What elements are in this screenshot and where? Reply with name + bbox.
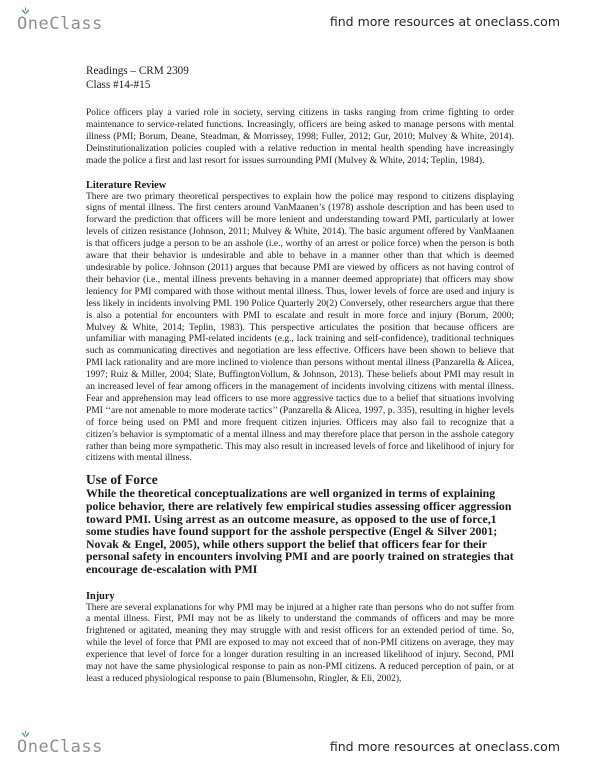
find-resources-link-footer[interactable]: find more resources at oneclass.com: [330, 739, 560, 755]
logo-text: OneClass: [17, 737, 103, 757]
literature-review-paragraph: There are two primary theoretical perspe…: [86, 192, 514, 466]
document-page: OneClass find more resources at oneclass…: [0, 0, 595, 770]
logo-text: OneClass: [17, 14, 103, 34]
page-footer: OneClass find more resources at oneclass…: [17, 731, 560, 760]
injury-paragraph: There are several explanations for why P…: [86, 603, 514, 686]
oneclass-logo: OneClass: [17, 8, 103, 37]
leaf-icon: [20, 7, 31, 15]
oneclass-logo-footer: OneClass: [17, 731, 103, 760]
heading-injury: Injury: [86, 591, 514, 603]
page-header: OneClass find more resources at oneclass…: [17, 8, 560, 37]
find-resources-link[interactable]: find more resources at oneclass.com: [330, 14, 560, 30]
intro-paragraph: Police officers play a varied role in so…: [86, 108, 514, 168]
leaf-icon: [20, 730, 31, 738]
use-of-force-paragraph: While the theoretical conceptualizations…: [86, 487, 514, 575]
title-line-2: Class #14-#15: [86, 78, 514, 92]
heading-literature-review: Literature Review: [86, 180, 514, 192]
title-line-1: Readings – CRM 2309: [86, 64, 514, 78]
document-title: Readings – CRM 2309 Class #14-#15: [86, 64, 514, 92]
heading-use-of-force: Use of Force: [86, 472, 514, 487]
document-content: Readings – CRM 2309 Class #14-#15 Police…: [86, 64, 514, 686]
